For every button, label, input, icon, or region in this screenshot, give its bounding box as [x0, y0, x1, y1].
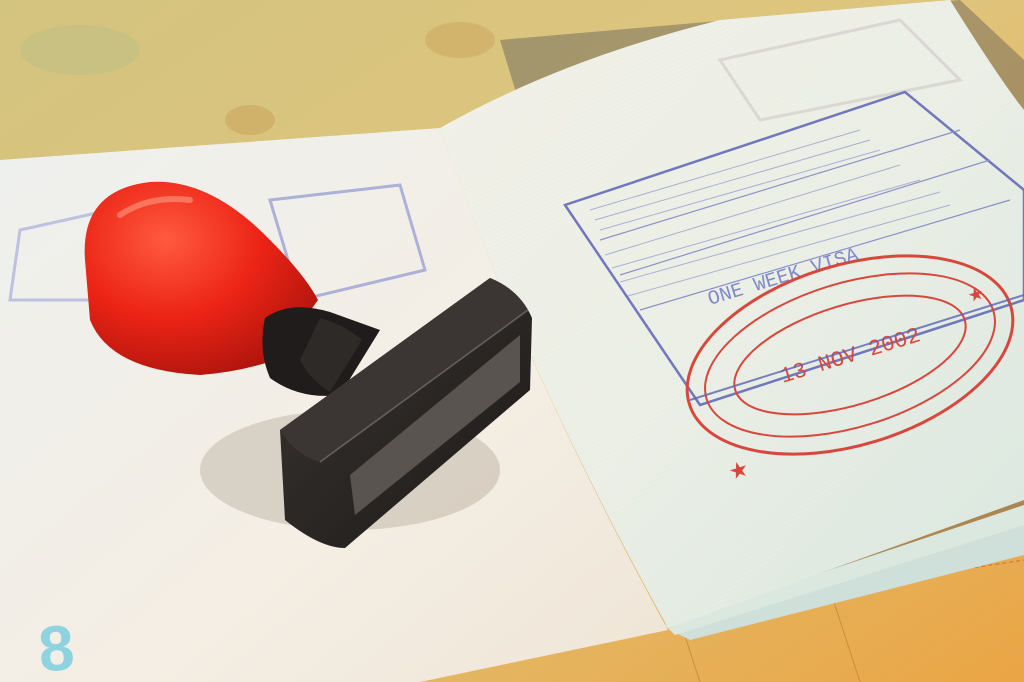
page-number: 8: [36, 611, 77, 682]
photo-illustration: ONE WEEK VISA 13 NOV 2002 ★ ★ 8: [0, 0, 1024, 682]
photo-scene: ONE WEEK VISA 13 NOV 2002 ★ ★ 8: [0, 0, 1024, 682]
